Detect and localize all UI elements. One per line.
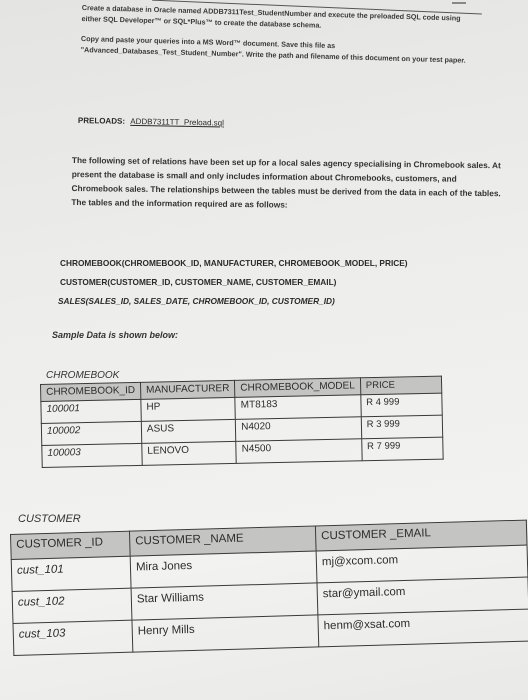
table-cell: cust_101 <box>11 556 131 591</box>
column-header: CHROMEBOOK_ID <box>41 382 141 401</box>
table-cell: R 4 999 <box>361 393 442 417</box>
preloads-label: PRELOADS: <box>78 116 125 126</box>
table-cell: ASUS <box>141 419 236 443</box>
table-cell: henm@xsat.com <box>318 609 528 647</box>
table-cell: N4500 <box>236 439 362 464</box>
table-cell: MT8183 <box>235 395 361 420</box>
description-paragraph: The following set of relations have been… <box>71 153 502 214</box>
sample-data-label: Sample Data is shown below: <box>52 330 178 340</box>
table-cell: N4020 <box>236 417 362 442</box>
table-cell: Henry Mills <box>132 615 319 652</box>
table-cell: LENOVO <box>142 441 237 465</box>
relation-sales: SALES(SALES_ID, SALES_DATE, CHROMEBOOK_I… <box>58 292 408 311</box>
instruction-copy-paste: Copy and paste your queries into a MS Wo… <box>81 33 471 66</box>
relations-list: CHROMEBOOK(CHROMEBOOK_ID, MANUFACTURER, … <box>60 254 408 311</box>
table-cell: Mira Jones <box>130 551 317 588</box>
relation-customer: CUSTOMER(CUSTOMER_ID, CUSTOMER_NAME, CUS… <box>60 273 408 292</box>
column-header: CUSTOMER _ID <box>11 531 131 559</box>
customer-table-title: CUSTOMER <box>18 513 81 525</box>
table-cell: 100001 <box>41 399 141 423</box>
table-cell: cust_103 <box>13 620 133 655</box>
instructions: Create a database in Oracle named ADDB73… <box>80 2 472 75</box>
chromebook-table-title: CHROMEBOOK <box>46 370 119 381</box>
document-page: Create a database in Oracle named ADDB73… <box>0 0 528 700</box>
preloads-line: PRELOADS: ADDB7311TT_Preload.sql <box>78 116 224 128</box>
table-cell: 100003 <box>42 443 142 467</box>
customer-table: CUSTOMER _IDCUSTOMER _NAMECUSTOMER _EMAI… <box>10 520 528 656</box>
instruction-create-db: Create a database in Oracle named ADDB73… <box>81 2 471 35</box>
column-header: PRICE <box>360 376 441 395</box>
relation-chromebook: CHROMEBOOK(CHROMEBOOK_ID, MANUFACTURER, … <box>60 254 408 273</box>
table-cell: R 3 999 <box>361 415 442 439</box>
table-cell: HP <box>141 397 236 421</box>
page-mark <box>452 2 466 4</box>
table-cell: 100002 <box>41 421 141 445</box>
table-cell: Star Williams <box>131 583 318 620</box>
table-cell: R 7 999 <box>361 437 442 461</box>
preload-file-link: ADDB7311TT_Preload.sql <box>130 117 224 128</box>
chromebook-table: CHROMEBOOK_IDMANUFACTURERCHROMEBOOK_MODE… <box>40 376 443 468</box>
table-cell: cust_102 <box>12 588 132 623</box>
column-header: MANUFACTURER <box>140 380 235 399</box>
